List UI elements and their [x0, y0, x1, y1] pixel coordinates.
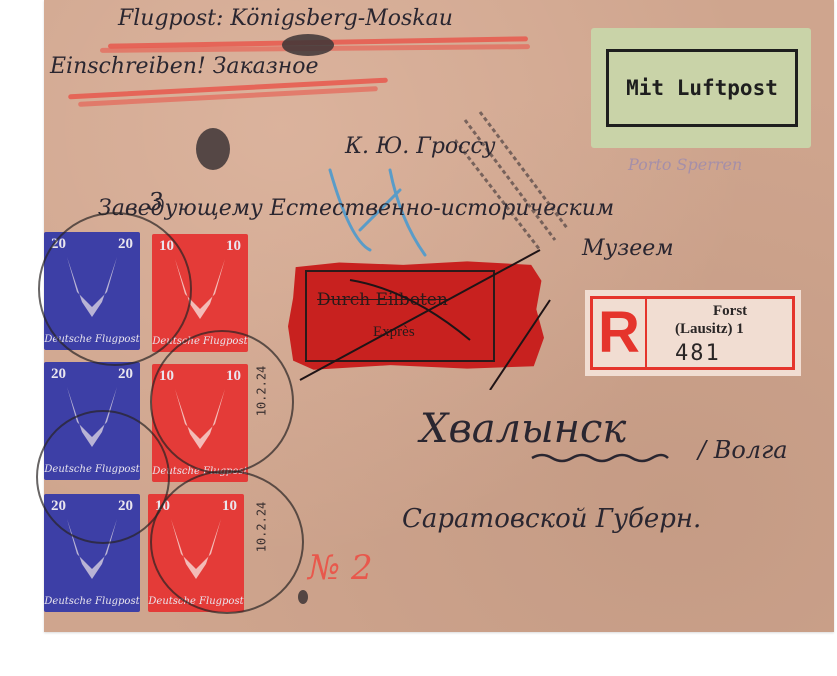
postmark [150, 330, 294, 474]
stamp-caption: Deutsche Flugpost [44, 596, 140, 607]
ink-dot [298, 590, 308, 604]
registration-office-district: (Lausitz) 1 [675, 321, 744, 338]
postmark [38, 212, 192, 366]
recipient-institution: Музеем [582, 236, 674, 261]
stamp-value: 10 [226, 238, 241, 255]
registration-number: 481 [675, 341, 721, 366]
recipient-title: Заведующему Естественно-историческим [98, 196, 614, 221]
airmail-label: Mit Luftpost [591, 28, 811, 148]
stamp-value: 20 [51, 366, 66, 383]
faint-handstamp [455, 100, 575, 260]
postmark [36, 410, 170, 544]
registration-office: Forst [713, 303, 747, 320]
flight-route-note: Flugpost: Königsberg-Moskau [118, 6, 453, 31]
registered-note: Einschreiben! Заказное [50, 54, 319, 79]
destination-region: / Волга [698, 436, 788, 464]
destination-province: Саратовской Губерн. [402, 504, 701, 534]
postmark-date: 10.2.24 [254, 502, 268, 553]
airmail-label-frame: Mit Luftpost [606, 49, 798, 127]
recipient-name: К. Ю. Гроссу [345, 134, 496, 159]
stamp-value: 20 [118, 366, 133, 383]
registration-frame: R Forst (Lausitz) 1 481 [590, 296, 795, 370]
registration-letter: R [598, 304, 640, 362]
destination-city: Хвалынск [420, 406, 626, 452]
pencil-note: Porto Sperren [628, 155, 742, 174]
postmark-date: 10.2.24 [254, 366, 268, 417]
express-strikethrough [290, 240, 560, 390]
airmail-label-text: Mit Luftpost [626, 76, 778, 100]
ink-blot [282, 34, 334, 56]
registration-label: R Forst (Lausitz) 1 481 [585, 290, 801, 376]
ink-blot [196, 128, 230, 170]
red-number-mark: № 2 [308, 548, 373, 588]
city-underline [530, 450, 670, 464]
postmark [150, 470, 304, 614]
registration-r-box: R [593, 299, 647, 367]
